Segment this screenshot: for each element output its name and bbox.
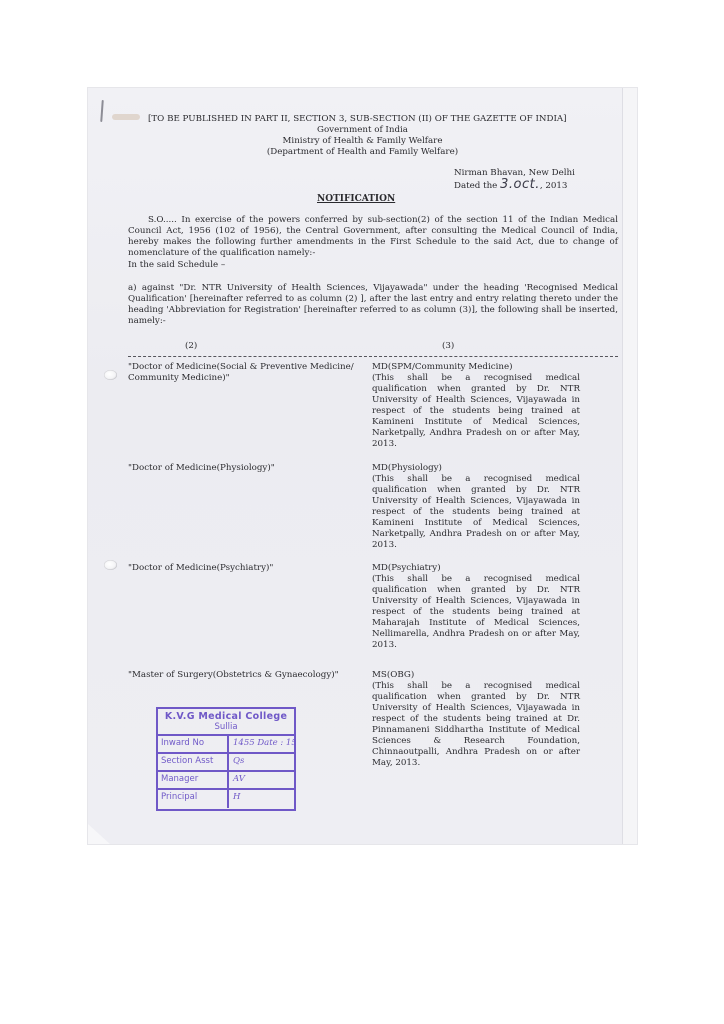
stamp-institution: K.V.G Medical College (158, 712, 294, 722)
paper-edge-shadow (622, 88, 637, 844)
government-heading: Government of India (88, 125, 637, 136)
entry-note: (This shall be a recognised medical qual… (372, 373, 580, 450)
stamp-value: H (229, 790, 294, 808)
entry-abbreviation-block: MD(SPM/Community Medicine) (This shall b… (372, 362, 580, 450)
stamp-label: Principal (158, 790, 229, 808)
entry-note: (This shall be a recognised medical qual… (372, 681, 580, 769)
stamp-value: 1455 Date : 15/10/13 (229, 736, 294, 752)
ministry-heading: Ministry of Health & Family Welfare (88, 136, 637, 147)
entry-abbreviation: MD(Physiology) (372, 463, 580, 474)
entry-abbreviation: MD(SPM/Community Medicine) (372, 362, 580, 373)
stamp-row-manager: Manager AV (158, 772, 294, 790)
staple-smudge-icon (112, 114, 140, 120)
date-year: , 2013 (540, 181, 568, 191)
entry-abbreviation-block: MS(OBG) (This shall be a recognised medi… (372, 670, 580, 769)
notification-title: NOTIFICATION (317, 194, 395, 205)
entry-abbreviation: MD(Psychiatry) (372, 563, 580, 574)
stamp-label: Inward No (158, 736, 229, 752)
department-heading: (Department of Health and Family Welfare… (88, 147, 637, 158)
entry-abbreviation-block: MD(Psychiatry) (This shall be a recognis… (372, 563, 580, 651)
entry-abbreviation: MS(OBG) (372, 670, 580, 681)
entry-qualification: "Doctor of Medicine(Psychiatry)" (128, 563, 368, 574)
handwritten-date: 3.oct. (500, 177, 540, 192)
entry-qualification: "Master of Surgery(Obstetrics & Gynaecol… (128, 670, 368, 681)
entry-note: (This shall be a recognised medical qual… (372, 574, 580, 651)
issue-date: Dated the 3.oct., 2013 (454, 179, 567, 192)
scanned-document-page: [TO BE PUBLISHED IN PART II, SECTION 3, … (88, 88, 637, 844)
stamp-header: K.V.G Medical College Sullia (158, 709, 294, 736)
column-2-header: (2) (185, 341, 197, 352)
stamp-place: Sullia (158, 722, 294, 732)
staple-mark-icon (100, 100, 104, 122)
stamp-value: AV (229, 772, 294, 788)
punch-hole-icon (104, 560, 117, 570)
inward-stamp: K.V.G Medical College Sullia Inward No 1… (156, 707, 296, 811)
punch-hole-icon (104, 370, 117, 380)
schedule-intro: In the said Schedule – (128, 260, 225, 271)
stamp-row-principal: Principal H (158, 790, 294, 808)
stamp-row-section-asst: Section Asst Qs (158, 754, 294, 772)
gazette-publication-note: [TO BE PUBLISHED IN PART II, SECTION 3, … (148, 114, 567, 125)
preamble-paragraph: S.O..... In exercise of the powers confe… (128, 215, 618, 259)
stamp-label: Manager (158, 772, 229, 788)
stamp-label: Section Asst (158, 754, 229, 770)
stamp-row-inward: Inward No 1455 Date : 15/10/13 (158, 736, 294, 754)
folded-corner (88, 824, 110, 844)
stamp-value: Qs (229, 754, 294, 770)
entry-qualification: "Doctor of Medicine(Social & Preventive … (128, 362, 368, 384)
date-prefix: Dated the (454, 181, 497, 191)
entry-abbreviation-block: MD(Physiology) (This shall be a recognis… (372, 463, 580, 551)
entry-qualification: "Doctor of Medicine(Physiology)" (128, 463, 368, 474)
clause-a-paragraph: a) against "Dr. NTR University of Health… (128, 283, 618, 327)
column-3-header: (3) (442, 341, 454, 352)
entry-note: (This shall be a recognised medical qual… (372, 474, 580, 551)
dashed-divider (128, 356, 618, 357)
